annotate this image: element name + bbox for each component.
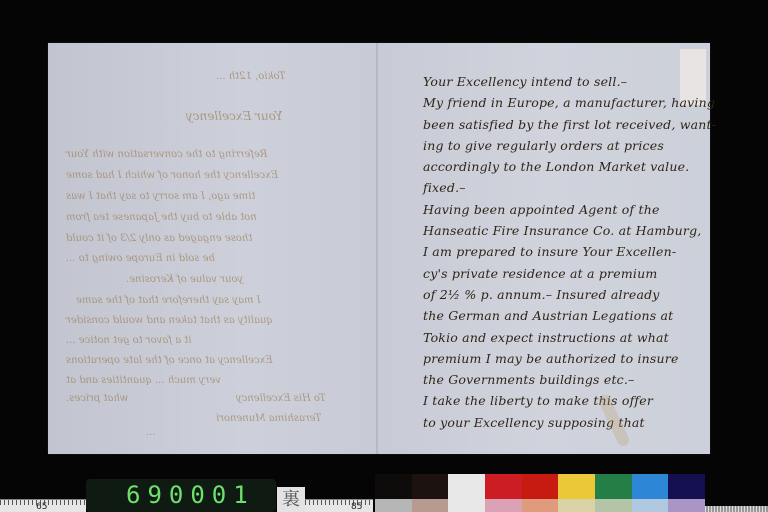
handwritten-line: been satisfied by the first lot received… (423, 114, 713, 135)
color-swatch (448, 474, 485, 499)
bleed-line: To His Excellency (236, 393, 326, 404)
color-target-bottom-row (375, 499, 705, 512)
color-swatch (412, 499, 449, 512)
color-swatch (595, 499, 632, 512)
bleed-line: Tokio, 12th ... (216, 71, 285, 82)
color-swatch (632, 499, 669, 512)
handwritten-line: accordingly to the London Market value. (423, 156, 713, 177)
handwritten-line: Tokio and expect instructions at what (423, 327, 713, 348)
handwritten-line: My friend in Europe, a manufacturer, hav… (423, 92, 713, 113)
handwritten-line: Having been appointed Agent of the (423, 199, 713, 220)
bleed-line: ... (146, 427, 156, 438)
measuring-ruler-left: 65 (0, 499, 86, 512)
handwritten-line: the Governments buildings etc.– (423, 369, 713, 390)
color-swatch (375, 499, 412, 512)
bleed-line: Referring to the conversation with Your (66, 149, 267, 160)
bleed-line: quality as that taken and would consider (66, 315, 273, 326)
bleed-line: what prices. (66, 393, 128, 404)
color-swatch (375, 474, 412, 499)
color-swatch (632, 474, 669, 499)
color-calibration-target (375, 474, 705, 512)
bleed-line: Your Excellency (186, 109, 283, 123)
bleed-line: it a favor to get notice ... (66, 335, 191, 346)
color-swatch (595, 474, 632, 499)
handwritten-line: fixed.– (423, 177, 713, 198)
bleed-line: Excellency the honor of which I had some (66, 170, 278, 181)
measuring-ruler-right (705, 506, 768, 512)
handwritten-line: Hanseatic Fire Insurance Co. at Hamburg, (423, 220, 713, 241)
bleed-line: be sold in Europe owing to ... (66, 253, 215, 264)
bleed-line: I may say therefore that of the same (76, 295, 261, 306)
handwritten-line: cy's private residence at a premium (423, 263, 713, 284)
color-swatch (448, 499, 485, 512)
color-swatch (485, 474, 522, 499)
handwritten-line: of 2½ % p. annum.– Insured already (423, 284, 713, 305)
measuring-ruler-mid: 85 (305, 499, 373, 512)
color-swatch (558, 499, 595, 512)
handwritten-line: I am prepared to insure Your Excellen- (423, 241, 713, 262)
left-page: Tokio, 12th ... Your Excellency Referrin… (48, 43, 378, 454)
color-swatch (668, 474, 705, 499)
right-page: Your Excellency intend to sell.– My frie… (378, 43, 710, 454)
color-target-top-row (375, 474, 705, 499)
color-swatch (522, 499, 559, 512)
color-swatch (412, 474, 449, 499)
letter-paper: Tokio, 12th ... Your Excellency Referrin… (48, 43, 710, 454)
frame-counter-value: 690001 (126, 481, 255, 509)
color-swatch (668, 499, 705, 512)
handwritten-line: to your Excellency supposing that (423, 412, 713, 433)
handwritten-line: ing to give regularly orders at prices (423, 135, 713, 156)
side-marker-label: 裏 (277, 487, 305, 512)
handwritten-line: I take the liberty to make this offer (423, 390, 713, 411)
color-swatch (522, 474, 559, 499)
handwritten-line: the German and Austrian Legations at (423, 305, 713, 326)
bleed-line: Excellency at once of the late operation… (66, 355, 273, 366)
handwritten-line: premium I may be authorized to insure (423, 348, 713, 369)
color-swatch (485, 499, 522, 512)
ruler-label: 85 (351, 502, 362, 512)
color-swatch (558, 474, 595, 499)
bleed-line: your value of Kerosine. (126, 274, 243, 285)
handwritten-line: Your Excellency intend to sell.– (423, 71, 713, 92)
frame-counter-display: 690001 (86, 479, 276, 512)
bleed-line: Terashima Munenori (216, 413, 321, 424)
right-page-handwriting: Your Excellency intend to sell.– My frie… (423, 71, 713, 433)
bleed-line: not able to buy the Japanese tea from (66, 212, 257, 223)
bleed-line: very much ... quantities and at (66, 375, 221, 386)
ruler-label: 65 (36, 502, 47, 512)
bleed-line: time ago, I am sorry to say that I was (66, 191, 255, 202)
bleed-line: those engaged as only 2/3 of it could (66, 233, 252, 244)
